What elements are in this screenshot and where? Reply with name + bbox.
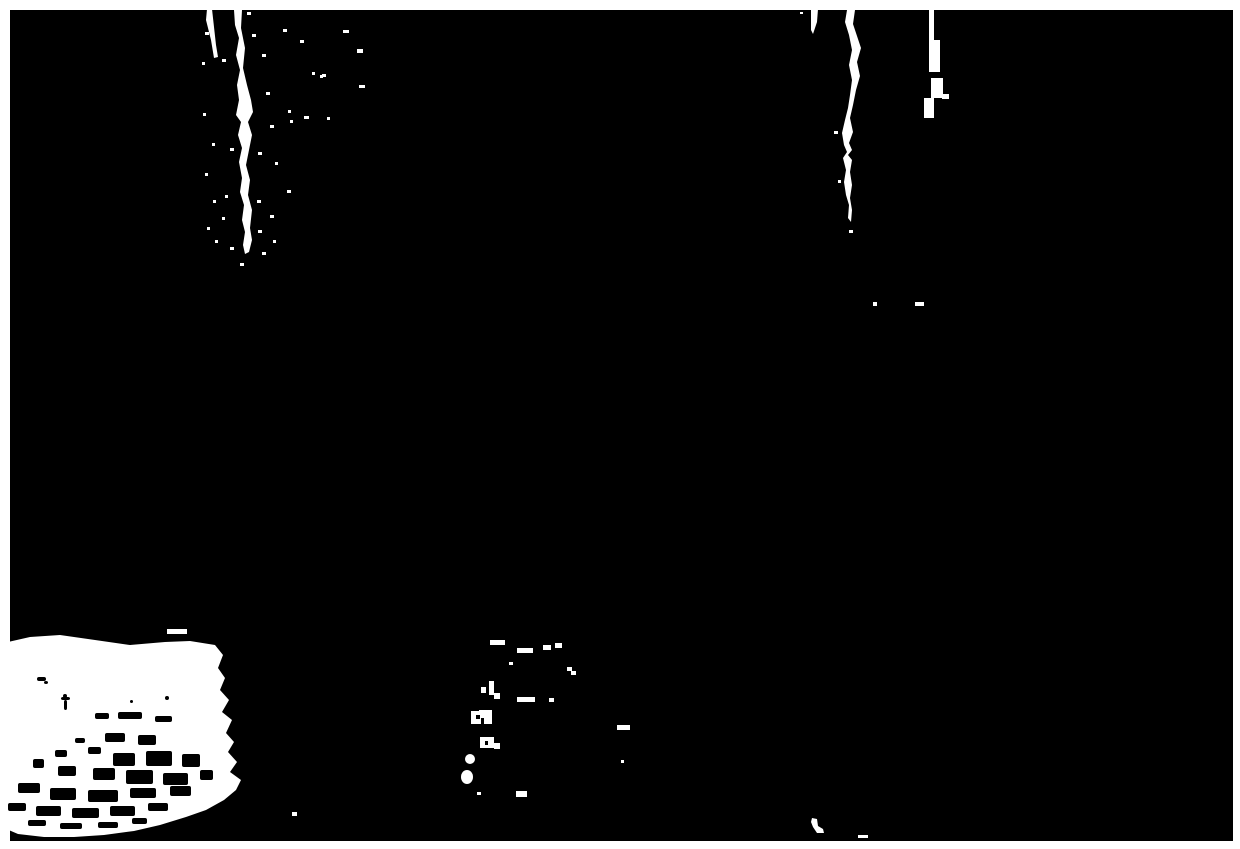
binarized-photo bbox=[0, 0, 1240, 849]
patent-figure-page bbox=[0, 0, 1240, 849]
detached-highlight-above-mass bbox=[167, 629, 187, 634]
